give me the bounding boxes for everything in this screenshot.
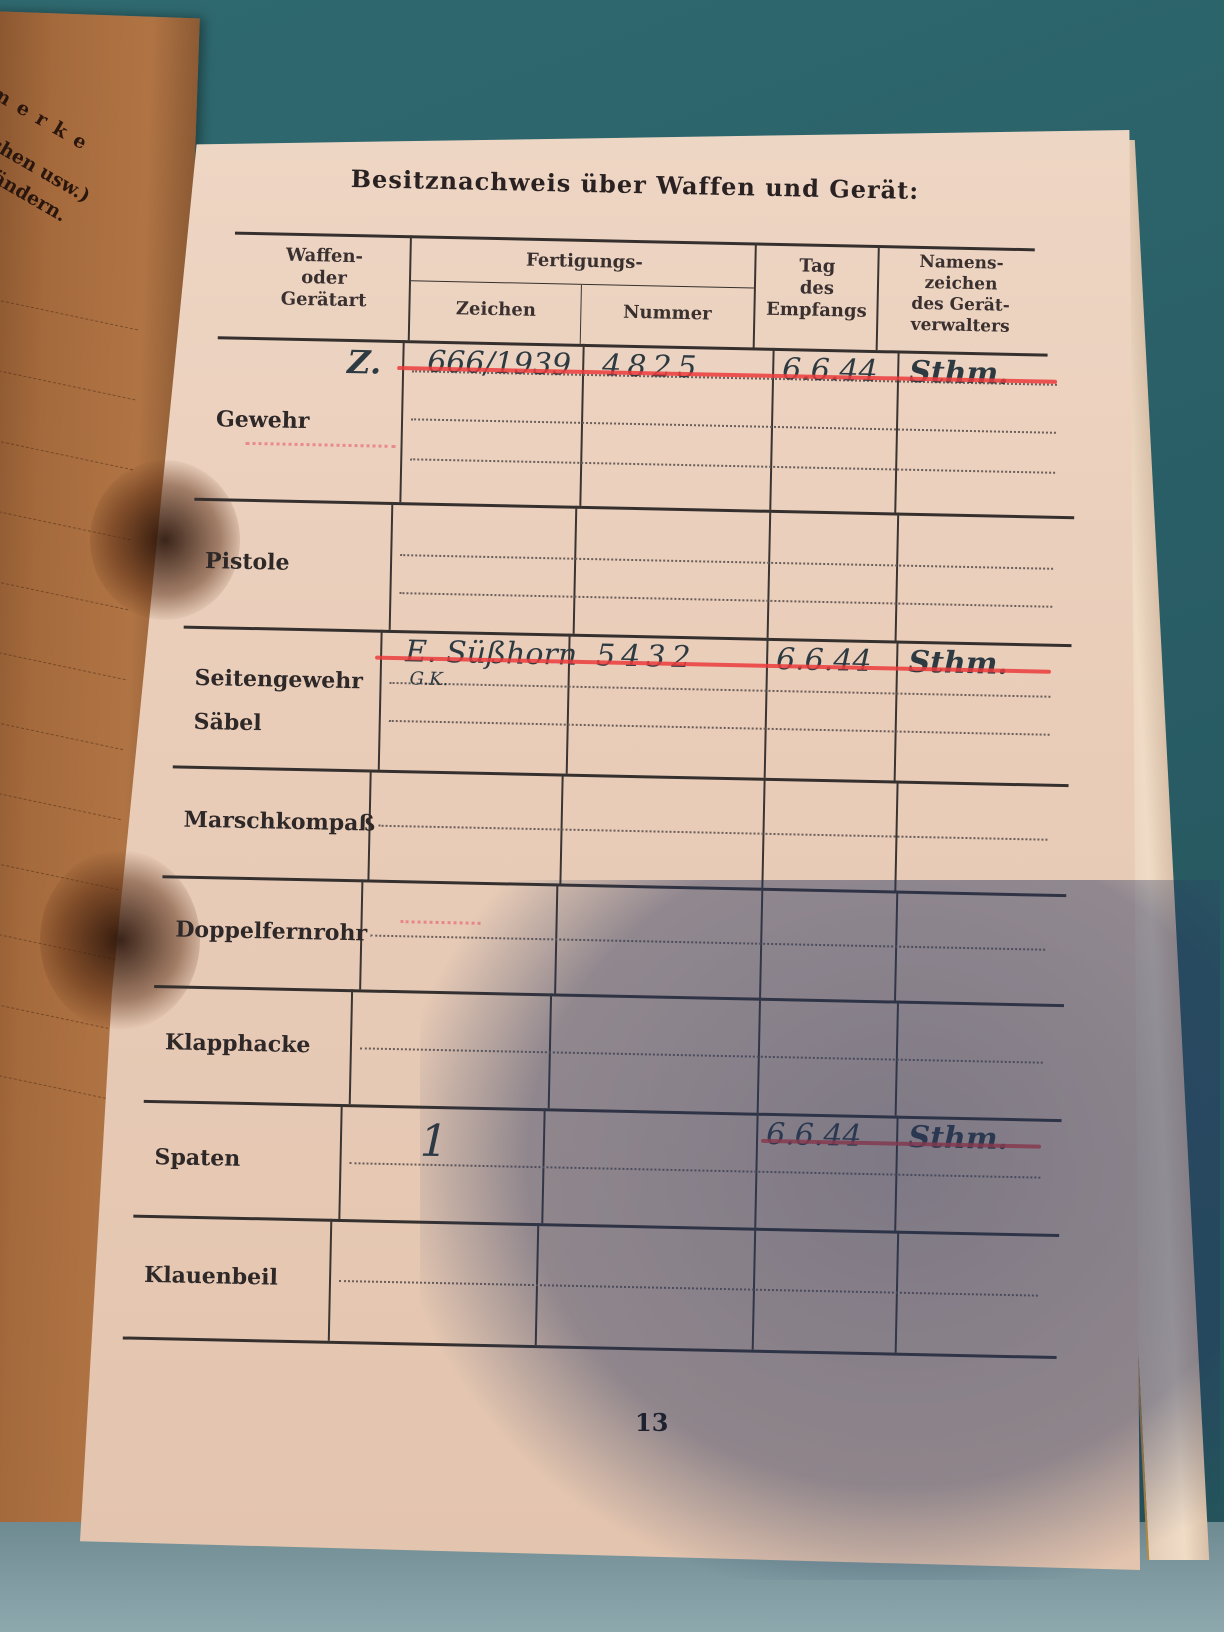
page-number: 13 (635, 1408, 668, 1437)
handwritten-date: 6.6.44 (766, 1117, 862, 1154)
table-row: Klapphacke (142, 985, 1104, 1120)
row-label: Pistole (205, 548, 290, 576)
column-header-date: Tag des Empfangs (756, 255, 877, 323)
table-row: Pistole (152, 497, 1114, 645)
handwritten-number: 5432 (596, 638, 697, 675)
column-header-manufacture: Fertigungs- (414, 247, 754, 276)
handwritten-mark: 1 (419, 1116, 448, 1168)
handwritten-signature: Sthm. (909, 355, 1009, 392)
pencil-mark (400, 920, 480, 927)
handwritten-mark-note: G.K. (409, 668, 448, 690)
table-row: Doppelfernrohr (144, 875, 1106, 1005)
equipment-table: Waffen- oder Gerätart Fertigungs- Zeiche… (136, 230, 1119, 1380)
table-row: Marschkompaß (146, 765, 1108, 895)
handwritten-signature: Sthm. (908, 645, 1008, 682)
column-header-mark: Zeichen (413, 297, 578, 322)
row-label: Doppelfernrohr (175, 916, 367, 946)
handwritten-number: 4825 (602, 348, 703, 385)
table-row: SeitengewehrSäbelE. Süßhorn54326.6.44Sth… (149, 625, 1112, 785)
column-header-signature: Namens- zeichen des Gerät- verwalters (880, 251, 1042, 338)
table-row: Klauenbeil (137, 1215, 1099, 1357)
handwritten-date: 6.6.44 (776, 642, 872, 679)
row-label: Klapphacke (165, 1029, 311, 1058)
pencil-mark (245, 442, 395, 450)
handwritten-mark: 666/1939 (427, 345, 571, 383)
handwritten-prefix: Z. (347, 343, 382, 382)
row-label: Gewehr (216, 406, 310, 434)
table-row: Spaten16.6.44Sthm. (139, 1100, 1101, 1235)
table-row: GewehrZ.666/193948256.6.44Sthm. (154, 335, 1117, 517)
row-label: Klauenbeil (144, 1262, 278, 1291)
column-header-number: Nummer (583, 301, 751, 327)
handwritten-signature: Sthm. (908, 1120, 1008, 1157)
row-label: Spaten (154, 1144, 240, 1172)
row-label: SeitengewehrSäbel (193, 656, 363, 748)
row-label: Marschkompaß (183, 807, 375, 837)
handwritten-date: 6.6.44 (782, 352, 878, 389)
column-header-type: Waffen- oder Gerätart (248, 244, 399, 313)
handwritten-mark: E. Süßhorn (405, 634, 578, 673)
